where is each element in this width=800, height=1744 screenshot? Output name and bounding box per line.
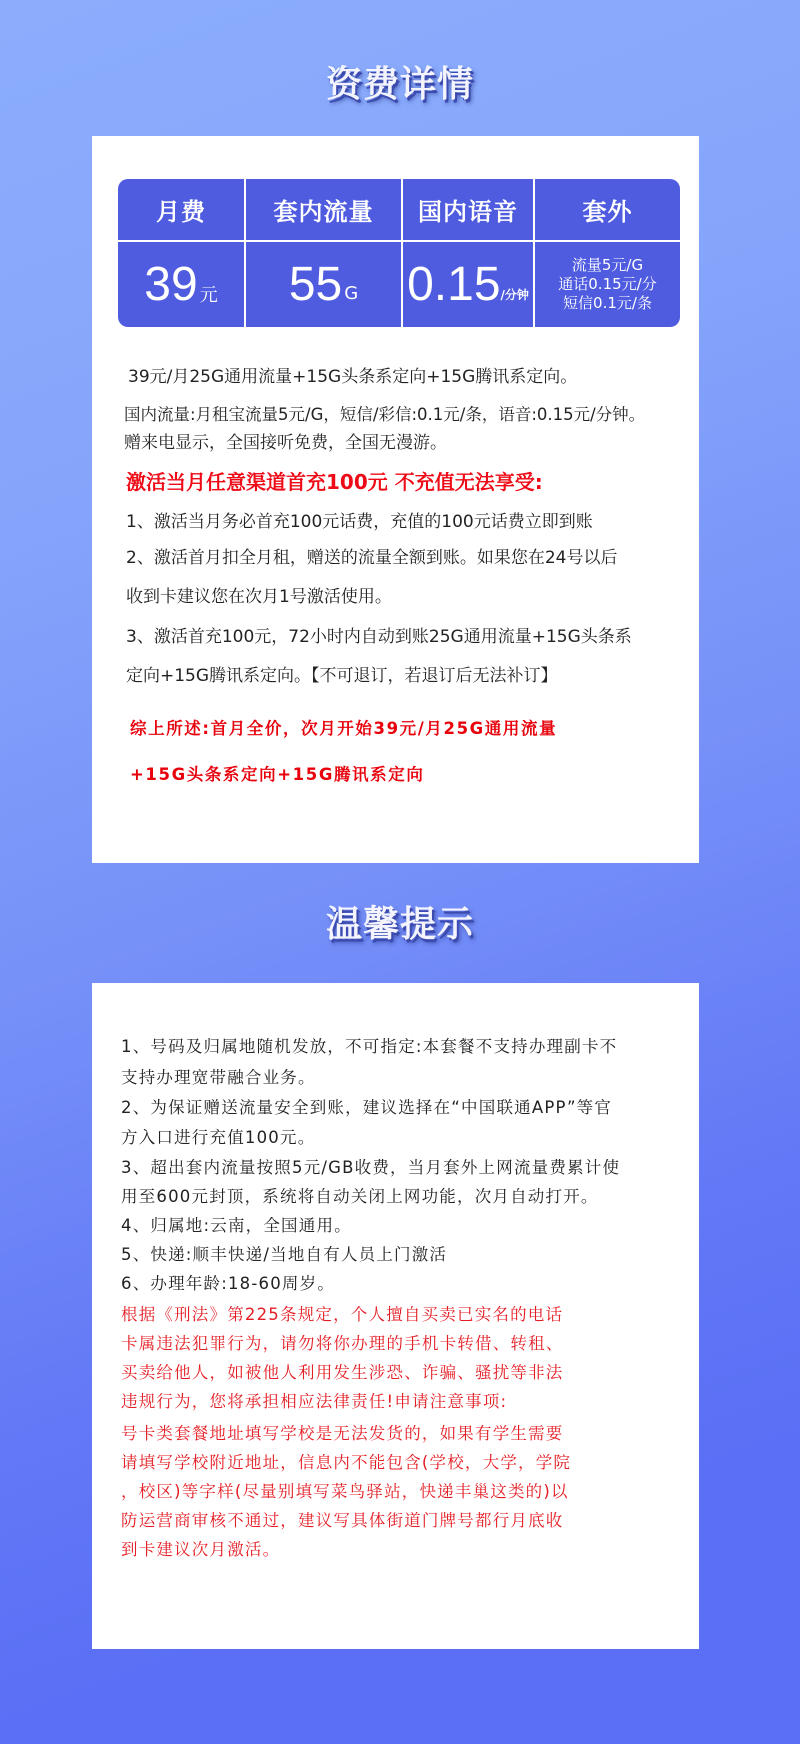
header-included-data: 套内流量 (246, 179, 403, 240)
summary-line-2: +15G头条系定向+15G腾讯系定向 (130, 764, 424, 786)
activation-heading: 激活当月任意渠道首充100元 不充值无法享受: (126, 471, 543, 493)
warning-line-5: 号卡类套餐地址填写学校是无法发货的，如果有学生需要 (121, 1423, 564, 1445)
warning-line-7: ，校区)等字样(尽量别填写菜鸟驿站，快递丰巢这类的)以 (121, 1481, 569, 1503)
activation-item-1: 1、激活当月务必首充100元话费，充值的100元话费立即到账 (126, 511, 593, 533)
section-title-tips: 温馨提示 (0, 905, 800, 945)
free-services-line: 赠来电显示，全国接听免费，全国无漫游。 (124, 432, 447, 454)
activation-item-3: 3、激活首充100元，72小时内自动到账25G通用流量+15G头条系 (126, 626, 632, 648)
warning-line-3: 买卖给他人，如被他人利用发生涉恐、诈骗、骚扰等非法 (121, 1362, 564, 1384)
warning-line-6: 请填写学校附近地址，信息内不能包含(学校，大学，学院 (121, 1452, 571, 1474)
warning-line-8: 防运营商审核不通过，建议写具体街道门牌号都行月底收 (121, 1510, 564, 1532)
activation-item-3-cont: 定向+15G腾讯系定向。【不可退订，若退订后无法补订】 (126, 665, 558, 687)
price-table-header: 月费 套内流量 国内语音 套外 (118, 179, 680, 240)
tip-line-5: 3、超出套内流量按照5元/GB收费，当月套外上网流量费累计使 (121, 1157, 620, 1179)
fee-details-card: 月费 套内流量 国内语音 套外 39 元 55 G 0.15 /分钟 流量5元/… (92, 136, 699, 863)
voice-unit: /分钟 (501, 286, 529, 303)
activation-item-2-cont: 收到卡建议您在次月1号激活使用。 (126, 586, 392, 608)
tips-card: 1、号码及归属地随机发放，不可指定:本套餐不支持办理副卡不 支持办理宽带融合业务… (92, 983, 699, 1649)
extra-call-rate: 通话0.15元/分 (558, 275, 656, 294)
included-data-cell: 55 G (246, 242, 403, 327)
price-table: 月费 套内流量 国内语音 套外 39 元 55 G 0.15 /分钟 流量5元/… (118, 179, 680, 327)
summary-line-1: 综上所述:首月全价，次月开始39元/月25G通用流量 (130, 718, 557, 740)
header-extra: 套外 (535, 179, 680, 240)
included-data-value: 55 (289, 261, 342, 309)
extra-sms-rate: 短信0.1元/条 (558, 294, 656, 313)
activation-item-2: 2、激活首月扣全月租，赠送的流量全额到账。如果您在24号以后 (126, 547, 617, 569)
extra-data-rate: 流量5元/G (558, 256, 656, 275)
included-data-unit: G (344, 283, 358, 304)
tip-line-6: 用至600元封顶，系统将自动关闭上网功能，次月自动打开。 (121, 1186, 599, 1208)
tip-line-8: 5、快递:顺丰快递/当地自有人员上门激活 (121, 1244, 447, 1266)
tip-line-9: 6、办理年龄:18-60周岁。 (121, 1273, 335, 1295)
tip-line-2: 支持办理宽带融合业务。 (121, 1067, 316, 1089)
warning-line-1: 根据《刑法》第225条规定，个人擅自买卖已实名的电话 (121, 1304, 563, 1326)
voice-value: 0.15 (407, 261, 500, 309)
section-title-fee-details: 资费详情 (0, 65, 800, 105)
price-table-values: 39 元 55 G 0.15 /分钟 流量5元/G 通话0.15元/分 短信0.… (118, 242, 680, 327)
warning-line-9: 到卡建议次月激活。 (121, 1539, 280, 1561)
extra-cell: 流量5元/G 通话0.15元/分 短信0.1元/条 (535, 242, 680, 327)
warning-line-4: 违规行为，您将承担相应法律责任!申请注意事项: (121, 1391, 507, 1413)
warning-line-2: 卡属违法犯罪行为，请勿将你办理的手机卡转借、转租、 (121, 1333, 564, 1355)
monthly-fee-cell: 39 元 (118, 242, 246, 327)
monthly-fee-value: 39 (144, 261, 197, 309)
voice-cell: 0.15 /分钟 (403, 242, 535, 327)
header-domestic-voice: 国内语音 (403, 179, 535, 240)
plan-summary-line: 39元/月25G通用流量+15G头条系定向+15G腾讯系定向。 (128, 366, 577, 388)
tip-line-4: 方入口进行充值100元。 (121, 1127, 315, 1149)
tip-line-7: 4、归属地:云南，全国通用。 (121, 1215, 352, 1237)
domestic-rates-line: 国内流量:月租宝流量5元/G，短信/彩信:0.1元/条，语音:0.15元/分钟。 (124, 404, 645, 426)
tip-line-3: 2、为保证赠送流量安全到账，建议选择在“中国联通APP”等官 (121, 1097, 612, 1119)
header-monthly-fee: 月费 (118, 179, 246, 240)
tip-line-1: 1、号码及归属地随机发放，不可指定:本套餐不支持办理副卡不 (121, 1036, 617, 1058)
monthly-fee-unit: 元 (200, 281, 218, 307)
